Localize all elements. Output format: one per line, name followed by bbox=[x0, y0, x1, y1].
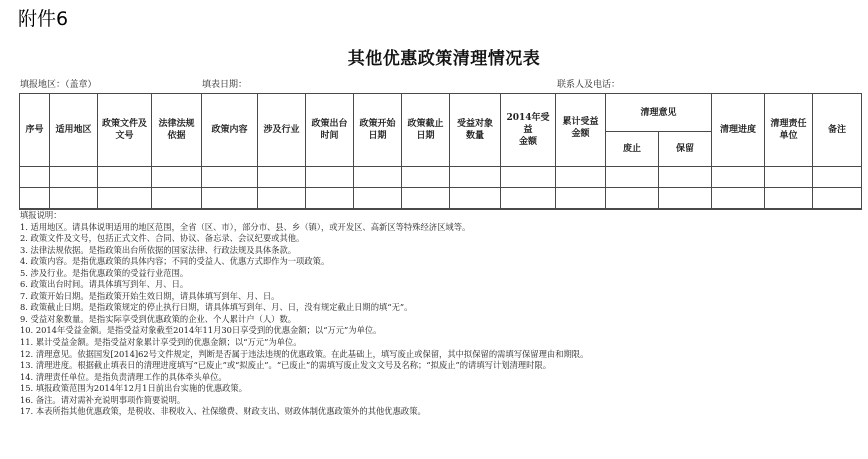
table-cell[interactable] bbox=[556, 188, 606, 210]
col-header-progress: 清理进度 bbox=[712, 94, 765, 167]
col-header-remark: 备注 bbox=[813, 94, 862, 167]
note-item: 1. 适用地区。请具体说明适用的地区范围，全省（区、市），部分市、县、乡（镇），… bbox=[20, 222, 588, 234]
table-cell[interactable] bbox=[306, 188, 354, 210]
note-item: 8. 政策截止日期。是指政策规定的停止执行日期，请具体填写到年、月、日，没有规定… bbox=[20, 302, 588, 314]
col-header-beneficiaries: 受益对象数量 bbox=[450, 94, 501, 167]
table-cell[interactable] bbox=[50, 188, 98, 210]
col-header-amount-2014: 2014年受益金额 bbox=[501, 94, 556, 167]
col-header-content: 政策内容 bbox=[202, 94, 258, 167]
filling-instructions: 填报说明： 1. 适用地区。请具体说明适用的地区范围，全省（区、市），部分市、县… bbox=[20, 210, 588, 418]
table-cell[interactable] bbox=[98, 167, 152, 188]
contact-label: 联系人及电话： bbox=[557, 77, 620, 90]
table-cell[interactable] bbox=[354, 188, 402, 210]
table-cell[interactable] bbox=[765, 188, 813, 210]
date-label: 填表日期： bbox=[202, 77, 247, 90]
table-cell[interactable] bbox=[306, 167, 354, 188]
col-header-end: 政策截止日期 bbox=[402, 94, 450, 167]
table-cell[interactable] bbox=[659, 167, 712, 188]
table-cell[interactable] bbox=[402, 188, 450, 210]
table-cell[interactable] bbox=[152, 167, 202, 188]
note-item: 7. 政策开始日期。是指政策开始生效日期，请具体填写到年、月、日。 bbox=[20, 291, 588, 303]
notes-heading: 填报说明： bbox=[20, 210, 588, 222]
table-cell[interactable] bbox=[258, 167, 306, 188]
note-item: 12. 清理意见。依据国发[2014]62号文件规定，判断是否属于违法违规的优惠… bbox=[20, 349, 588, 361]
note-item: 9. 受益对象数量。是指实际享受到优惠政策的企业、个人累计户（人）数。 bbox=[20, 314, 588, 326]
table-cell[interactable] bbox=[202, 188, 258, 210]
note-item: 2. 政策文件及文号，包括正式文件、合同、协议、备忘录、会议纪要或其他。 bbox=[20, 233, 588, 245]
table-cell[interactable] bbox=[450, 188, 501, 210]
table-cell[interactable] bbox=[501, 167, 556, 188]
col-header-issued: 政策出台时间 bbox=[306, 94, 354, 167]
page-title: 其他优惠政策清理情况表 bbox=[0, 44, 868, 69]
table-cell[interactable] bbox=[98, 188, 152, 210]
note-item: 13. 清理进度。根据截止填表日的清理进度填写“已废止”或“拟废止”。“已废止”… bbox=[20, 360, 588, 372]
table-cell[interactable] bbox=[712, 167, 765, 188]
note-item: 14. 清理责任单位。是指负责清理工作的具体牵头单位。 bbox=[20, 372, 588, 384]
table-cell[interactable] bbox=[606, 188, 659, 210]
table-cell[interactable] bbox=[50, 167, 98, 188]
col-header-start: 政策开始日期 bbox=[354, 94, 402, 167]
table-cell[interactable] bbox=[20, 188, 50, 210]
table-cell[interactable] bbox=[152, 188, 202, 210]
col-header-unit: 清理责任单位 bbox=[765, 94, 813, 167]
table-cell[interactable] bbox=[450, 167, 501, 188]
policy-cleanup-table: 序号 适用地区 政策文件及文号 法律法规依据 政策内容 涉及行业 政策出台时间 … bbox=[19, 93, 862, 210]
note-item: 3. 法律法规依据。是指政策出台所依据的国家法律、行政法规及具体条款。 bbox=[20, 245, 588, 257]
table-cell[interactable] bbox=[20, 167, 50, 188]
note-item: 4. 政策内容。是指优惠政策的具体内容；不同的受益人、优惠方式即作为一项政策。 bbox=[20, 256, 588, 268]
note-item: 5. 涉及行业。是指优惠政策的受益行业范围。 bbox=[20, 268, 588, 280]
table-cell[interactable] bbox=[402, 167, 450, 188]
table-cell[interactable] bbox=[659, 188, 712, 210]
attachment-label: 附件6 bbox=[18, 4, 68, 31]
col-header-cumulative: 累计受益金额 bbox=[556, 94, 606, 167]
note-item: 15. 填报政策范围为2014年12月1日前出台实施的优惠政策。 bbox=[20, 383, 588, 395]
note-item: 6. 政策出台时间。请具体填写到年、月、日。 bbox=[20, 279, 588, 291]
region-label: 填报地区：（盖章） bbox=[20, 77, 97, 90]
table-cell[interactable] bbox=[813, 188, 862, 210]
header-row: 序号 适用地区 政策文件及文号 法律法规依据 政策内容 涉及行业 政策出台时间 … bbox=[20, 94, 862, 132]
note-item: 11. 累计受益金额。是指受益对象累计享受到的优惠金额；以“万元”为单位。 bbox=[20, 337, 588, 349]
note-item: 10. 2014年受益金额。是指受益对象截至2014年11月30日享受到的优惠金… bbox=[20, 325, 588, 337]
col-header-industry: 涉及行业 bbox=[258, 94, 306, 167]
col-header-seq: 序号 bbox=[20, 94, 50, 167]
table-cell[interactable] bbox=[813, 167, 862, 188]
col-header-doc: 政策文件及文号 bbox=[98, 94, 152, 167]
col-header-area: 适用地区 bbox=[50, 94, 98, 167]
table-row bbox=[20, 167, 862, 188]
table-cell[interactable] bbox=[354, 167, 402, 188]
table-cell[interactable] bbox=[501, 188, 556, 210]
table-row bbox=[20, 188, 862, 210]
col-header-law: 法律法规依据 bbox=[152, 94, 202, 167]
table-cell[interactable] bbox=[258, 188, 306, 210]
note-item: 16. 备注。请对需补充说明事项作简要说明。 bbox=[20, 395, 588, 407]
note-item: 17. 本表所指其他优惠政策，是税收、非税收入、社保缴费、财政支出、财政体制优惠… bbox=[20, 406, 588, 418]
table-cell[interactable] bbox=[556, 167, 606, 188]
table-cell[interactable] bbox=[712, 188, 765, 210]
table-cell[interactable] bbox=[765, 167, 813, 188]
table-cell[interactable] bbox=[606, 167, 659, 188]
table-cell[interactable] bbox=[202, 167, 258, 188]
col-header-abolish: 废止 bbox=[606, 132, 659, 167]
col-header-opinion-group: 清理意见 bbox=[606, 94, 712, 132]
col-header-retain: 保留 bbox=[659, 132, 712, 167]
